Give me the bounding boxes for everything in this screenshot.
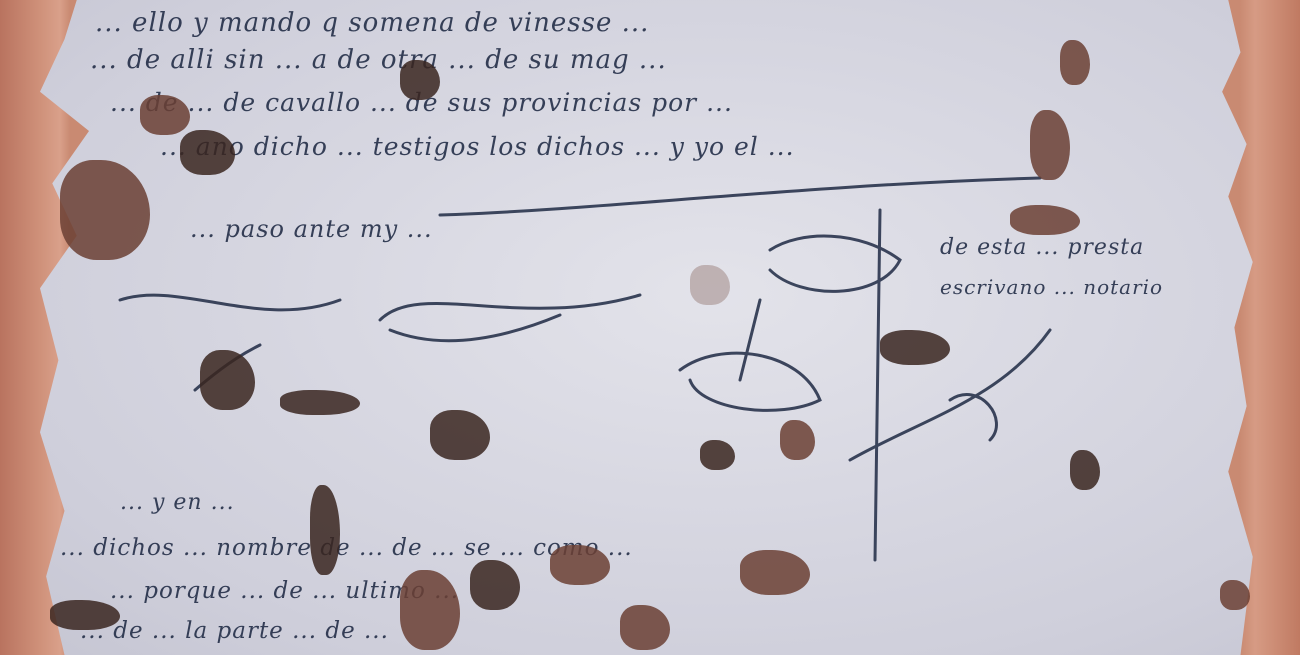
paper-hole [780, 420, 815, 460]
paper-hole [50, 600, 120, 630]
paper-hole [880, 330, 950, 365]
paper-hole [140, 95, 190, 135]
photo: ... ello y mando q somena de vinesse ...… [0, 0, 1300, 655]
paper-hole [1010, 205, 1080, 235]
paper-hole [1060, 40, 1090, 85]
paper-stain [690, 265, 730, 305]
paper-hole [470, 560, 520, 610]
paper-hole [400, 60, 440, 100]
paper-hole [430, 410, 490, 460]
paper-hole [280, 390, 360, 415]
paper-hole [1070, 450, 1100, 490]
paper-hole [700, 440, 735, 470]
signature-flourishes [0, 0, 1300, 655]
paper-hole [740, 550, 810, 595]
paper-hole [1220, 580, 1250, 610]
paper-hole [180, 130, 235, 175]
paper-hole [550, 545, 610, 585]
paper-hole [620, 605, 670, 650]
